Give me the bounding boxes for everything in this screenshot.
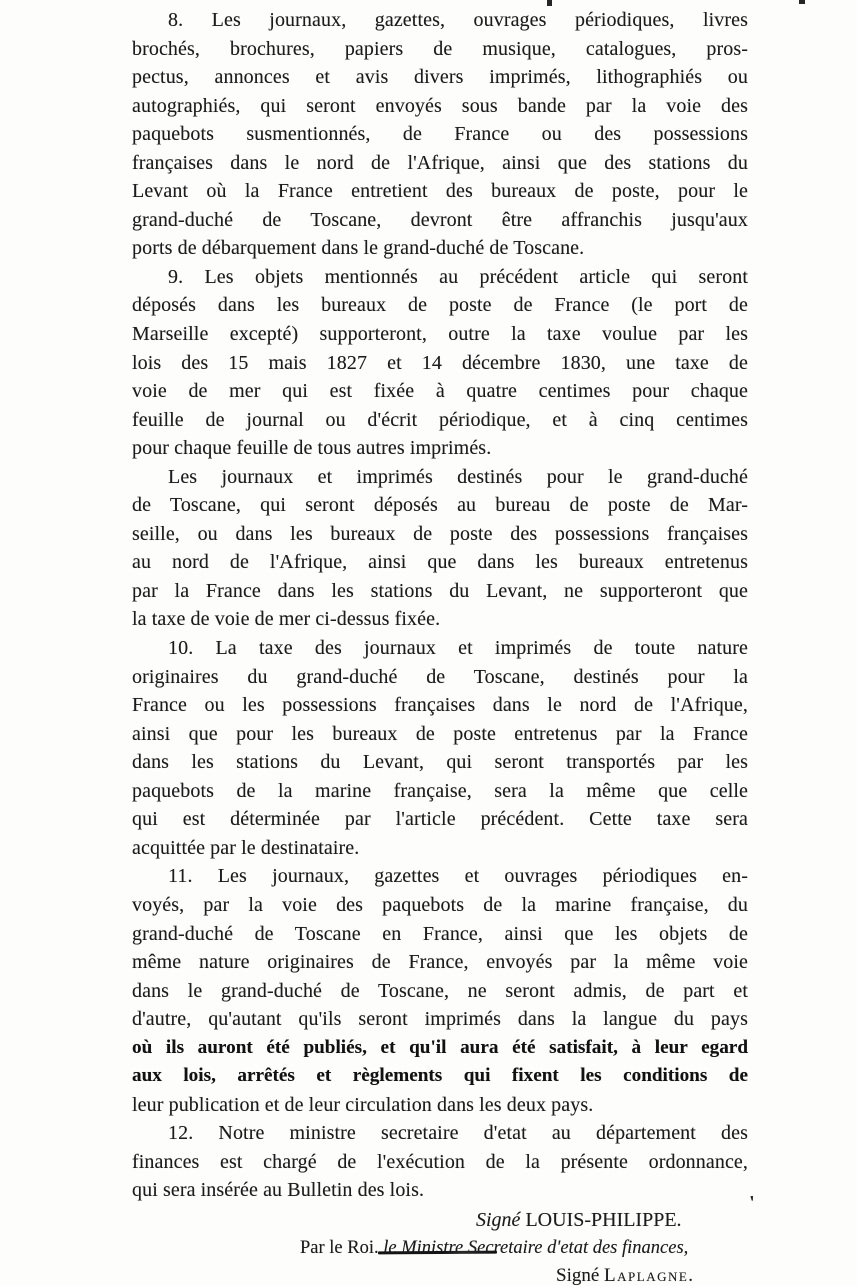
text-line: qui est déterminée par l'article précéde… bbox=[132, 805, 748, 834]
text-line: voie de mer qui est fixée à quatre centi… bbox=[132, 377, 748, 406]
text-line: originaires du grand-duché de Toscane, d… bbox=[132, 663, 748, 692]
text-line: qui sera insérée au Bulletin des lois. bbox=[132, 1176, 748, 1205]
text-line: 9. Les objets mentionnés au précédent ar… bbox=[132, 263, 748, 292]
text-line: aux lois, arrêtés et règlements qui fixe… bbox=[132, 1062, 748, 1091]
text-line: même nature originaires de France, envoy… bbox=[132, 948, 748, 977]
text-line: grand-duché de Toscane en France, ainsi … bbox=[132, 920, 748, 949]
signed-label: Signé bbox=[556, 1265, 599, 1286]
text-line: 8. Les journaux, gazettes, ouvrages péri… bbox=[132, 6, 748, 35]
text-line: dans les stations du Levant, qui seront … bbox=[132, 748, 748, 777]
text-line: autographiés, qui seront envoyés sous ba… bbox=[132, 92, 748, 121]
signature-block: Signé LOUIS-PHILIPPE. Par le Roi. le Min… bbox=[132, 1206, 748, 1286]
text-line: acquittée par le destinataire. bbox=[132, 834, 748, 863]
text-line: où ils auront été publiés, et qu'il aura… bbox=[132, 1034, 748, 1063]
article-9-continuation-paragraph: Les journaux et imprimés destinés pour l… bbox=[132, 463, 748, 634]
article-9-paragraph: 9. Les objets mentionnés au précédent ar… bbox=[132, 263, 748, 463]
scanned-document-page: 8. Les journaux, gazettes, ouvrages péri… bbox=[0, 0, 857, 1286]
minister-signature-line: Signé Laplagne. bbox=[132, 1262, 748, 1286]
text-line: dans le grand-duché de Toscane, ne seron… bbox=[132, 977, 748, 1006]
minister-name: Laplagne. bbox=[604, 1265, 695, 1286]
text-line: brochés, brochures, papiers de musique, … bbox=[132, 35, 748, 64]
text-line: Levant où la France entretient des burea… bbox=[132, 177, 748, 206]
text-line: françaises dans le nord de l'Afrique, ai… bbox=[132, 149, 748, 178]
text-line: Les journaux et imprimés destinés pour l… bbox=[132, 463, 748, 492]
text-line: au nord de l'Afrique, ainsi que dans les… bbox=[132, 548, 748, 577]
text-line: leur publication et de leur circulation … bbox=[132, 1091, 748, 1120]
text-line: paquebots susmentionnés, de France ou de… bbox=[132, 120, 748, 149]
text-line: de Toscane, qui seront déposés au bureau… bbox=[132, 491, 748, 520]
minister-title: le Ministre Secretaire d'etat des financ… bbox=[383, 1238, 688, 1258]
text-line: pectus, annonces et avis divers imprimés… bbox=[132, 63, 748, 92]
article-11-paragraph: 11. Les journaux, gazettes et ouvrages p… bbox=[132, 862, 748, 1119]
king-name: LOUIS-PHILIPPE. bbox=[525, 1209, 681, 1231]
text-line: lois des 15 mais 1827 et 14 décembre 183… bbox=[132, 349, 748, 378]
minister-countersign-line: Par le Roi. le Ministre Secretaire d'eta… bbox=[132, 1234, 748, 1262]
text-line: France ou les possessions françaises dan… bbox=[132, 691, 748, 720]
text-line: 10. La taxe des journaux et imprimés de … bbox=[132, 634, 748, 663]
text-line: Marseille excepté) supporteront, outre l… bbox=[132, 320, 748, 349]
article-12-paragraph: 12. Notre ministre secretaire d'etat au … bbox=[132, 1119, 748, 1205]
text-column: 8. Les journaux, gazettes, ouvrages péri… bbox=[132, 6, 748, 1286]
text-line: ainsi que pour les bureaux de poste entr… bbox=[132, 720, 748, 749]
king-signature-line: Signé LOUIS-PHILIPPE. bbox=[132, 1206, 748, 1234]
text-line: feuille de journal ou d'écrit périodique… bbox=[132, 406, 748, 435]
text-line: paquebots de la marine française, sera l… bbox=[132, 777, 748, 806]
text-line: la taxe de voie de mer ci-dessus fixée. bbox=[132, 605, 748, 634]
text-line: voyés, par la voie des paquebots de la m… bbox=[132, 891, 748, 920]
text-line: ports de débarquement dans le grand-duch… bbox=[132, 234, 748, 263]
text-line: pour chaque feuille de tous autres impri… bbox=[132, 434, 748, 463]
text-line: seille, ou dans les bureaux de poste des… bbox=[132, 520, 748, 549]
text-line: grand-duché de Toscane, devront être aff… bbox=[132, 206, 748, 235]
text-line: 11. Les journaux, gazettes et ouvrages p… bbox=[132, 862, 748, 891]
signed-label: Signé bbox=[476, 1209, 520, 1231]
article-10-paragraph: 10. La taxe des journaux et imprimés de … bbox=[132, 634, 748, 862]
stray-ink-mark: ' bbox=[748, 1192, 757, 1216]
text-line: d'autre, qu'autant qu'ils seront imprimé… bbox=[132, 1005, 748, 1034]
article-8-paragraph: 8. Les journaux, gazettes, ouvrages péri… bbox=[132, 6, 748, 263]
text-line: finances est chargé de l'exécution de la… bbox=[132, 1148, 748, 1177]
text-line: 12. Notre ministre secretaire d'etat au … bbox=[132, 1119, 748, 1148]
text-line: par la France dans les stations du Levan… bbox=[132, 577, 748, 606]
text-line: déposés dans les bureaux de poste de Fra… bbox=[132, 291, 748, 320]
by-the-king-label: Par le Roi. bbox=[300, 1238, 379, 1258]
scan-artifact bbox=[799, 0, 805, 4]
